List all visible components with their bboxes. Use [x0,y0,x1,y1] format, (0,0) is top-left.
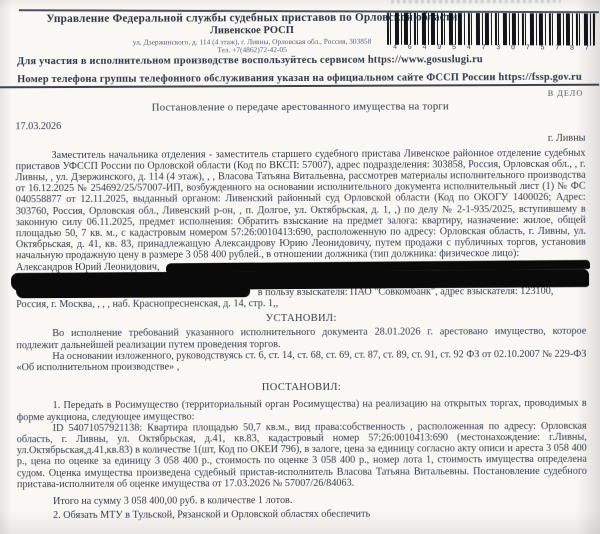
main-paragraph: Заместитель начальника отделения - замес… [15,147,585,262]
scan-content: Управление Федеральной службы судебных п… [0,0,600,534]
ustanovil-heading: УСТАНОВИЛ: [16,312,586,326]
barcode-bars [387,13,595,46]
barcode-digit: 5 [452,44,456,52]
barcode-digit: 5 [540,44,544,52]
resolution-item-2-partial: 2. Обязать МТУ в Тульской, Рязанской и О… [17,508,587,522]
redacted-block: Александров Юрий Леонидович, в пользу вз… [16,259,586,310]
barcode: 46495473075787 [387,13,595,53]
property-details: ID 54071057921138: Квартира площадью 50,… [17,421,587,491]
document-city: г. Ливны [15,133,585,147]
barcode-digit: 4 [422,44,426,52]
document-body: Постановление о передаче арестованного и… [15,101,587,522]
document-date: 17.03.2026 [15,119,585,133]
barcode-digit: 9 [437,44,441,52]
document-title: Постановление о передаче арестованного и… [15,101,585,115]
barcode-digit: 7 [481,44,485,52]
redaction-bar-2 [11,269,589,291]
barcode-digit: 4 [467,44,471,52]
ustanovil-paragraph-1: Во исполнение требований указанного испо… [16,326,586,351]
scan-cutoff-artifact [391,0,561,4]
barcode-digit: 8 [570,45,574,53]
gosuslugi-notice: Для участия в исполнительном производств… [17,54,483,67]
scanned-document-page: Управление Федеральной службы судебных п… [0,0,600,534]
barcode-digit: 6 [408,44,412,52]
barcode-digit: 4 [393,44,397,52]
barcode-digit: 0 [511,44,515,52]
creditor-address: Россия, г. Москва, , , , наб. Краснопрес… [16,297,586,311]
barcode-digit: 3 [496,44,500,52]
postanovil-heading: ПОСТАНОВИЛ: [17,381,587,395]
barcode-digit: 7 [526,44,530,52]
in-case-stamp: В ДЕЛО [548,89,583,98]
barcode-digit: 7 [555,44,559,52]
barcode-digit: 7 [585,45,589,53]
ustanovil-paragraph-2: На основании изложенного, руководствуясь… [16,349,586,374]
resolution-item-1: 1. Передать в Росимущество (территориаль… [17,398,587,423]
barcode-digits: 46495473075787 [387,44,595,53]
